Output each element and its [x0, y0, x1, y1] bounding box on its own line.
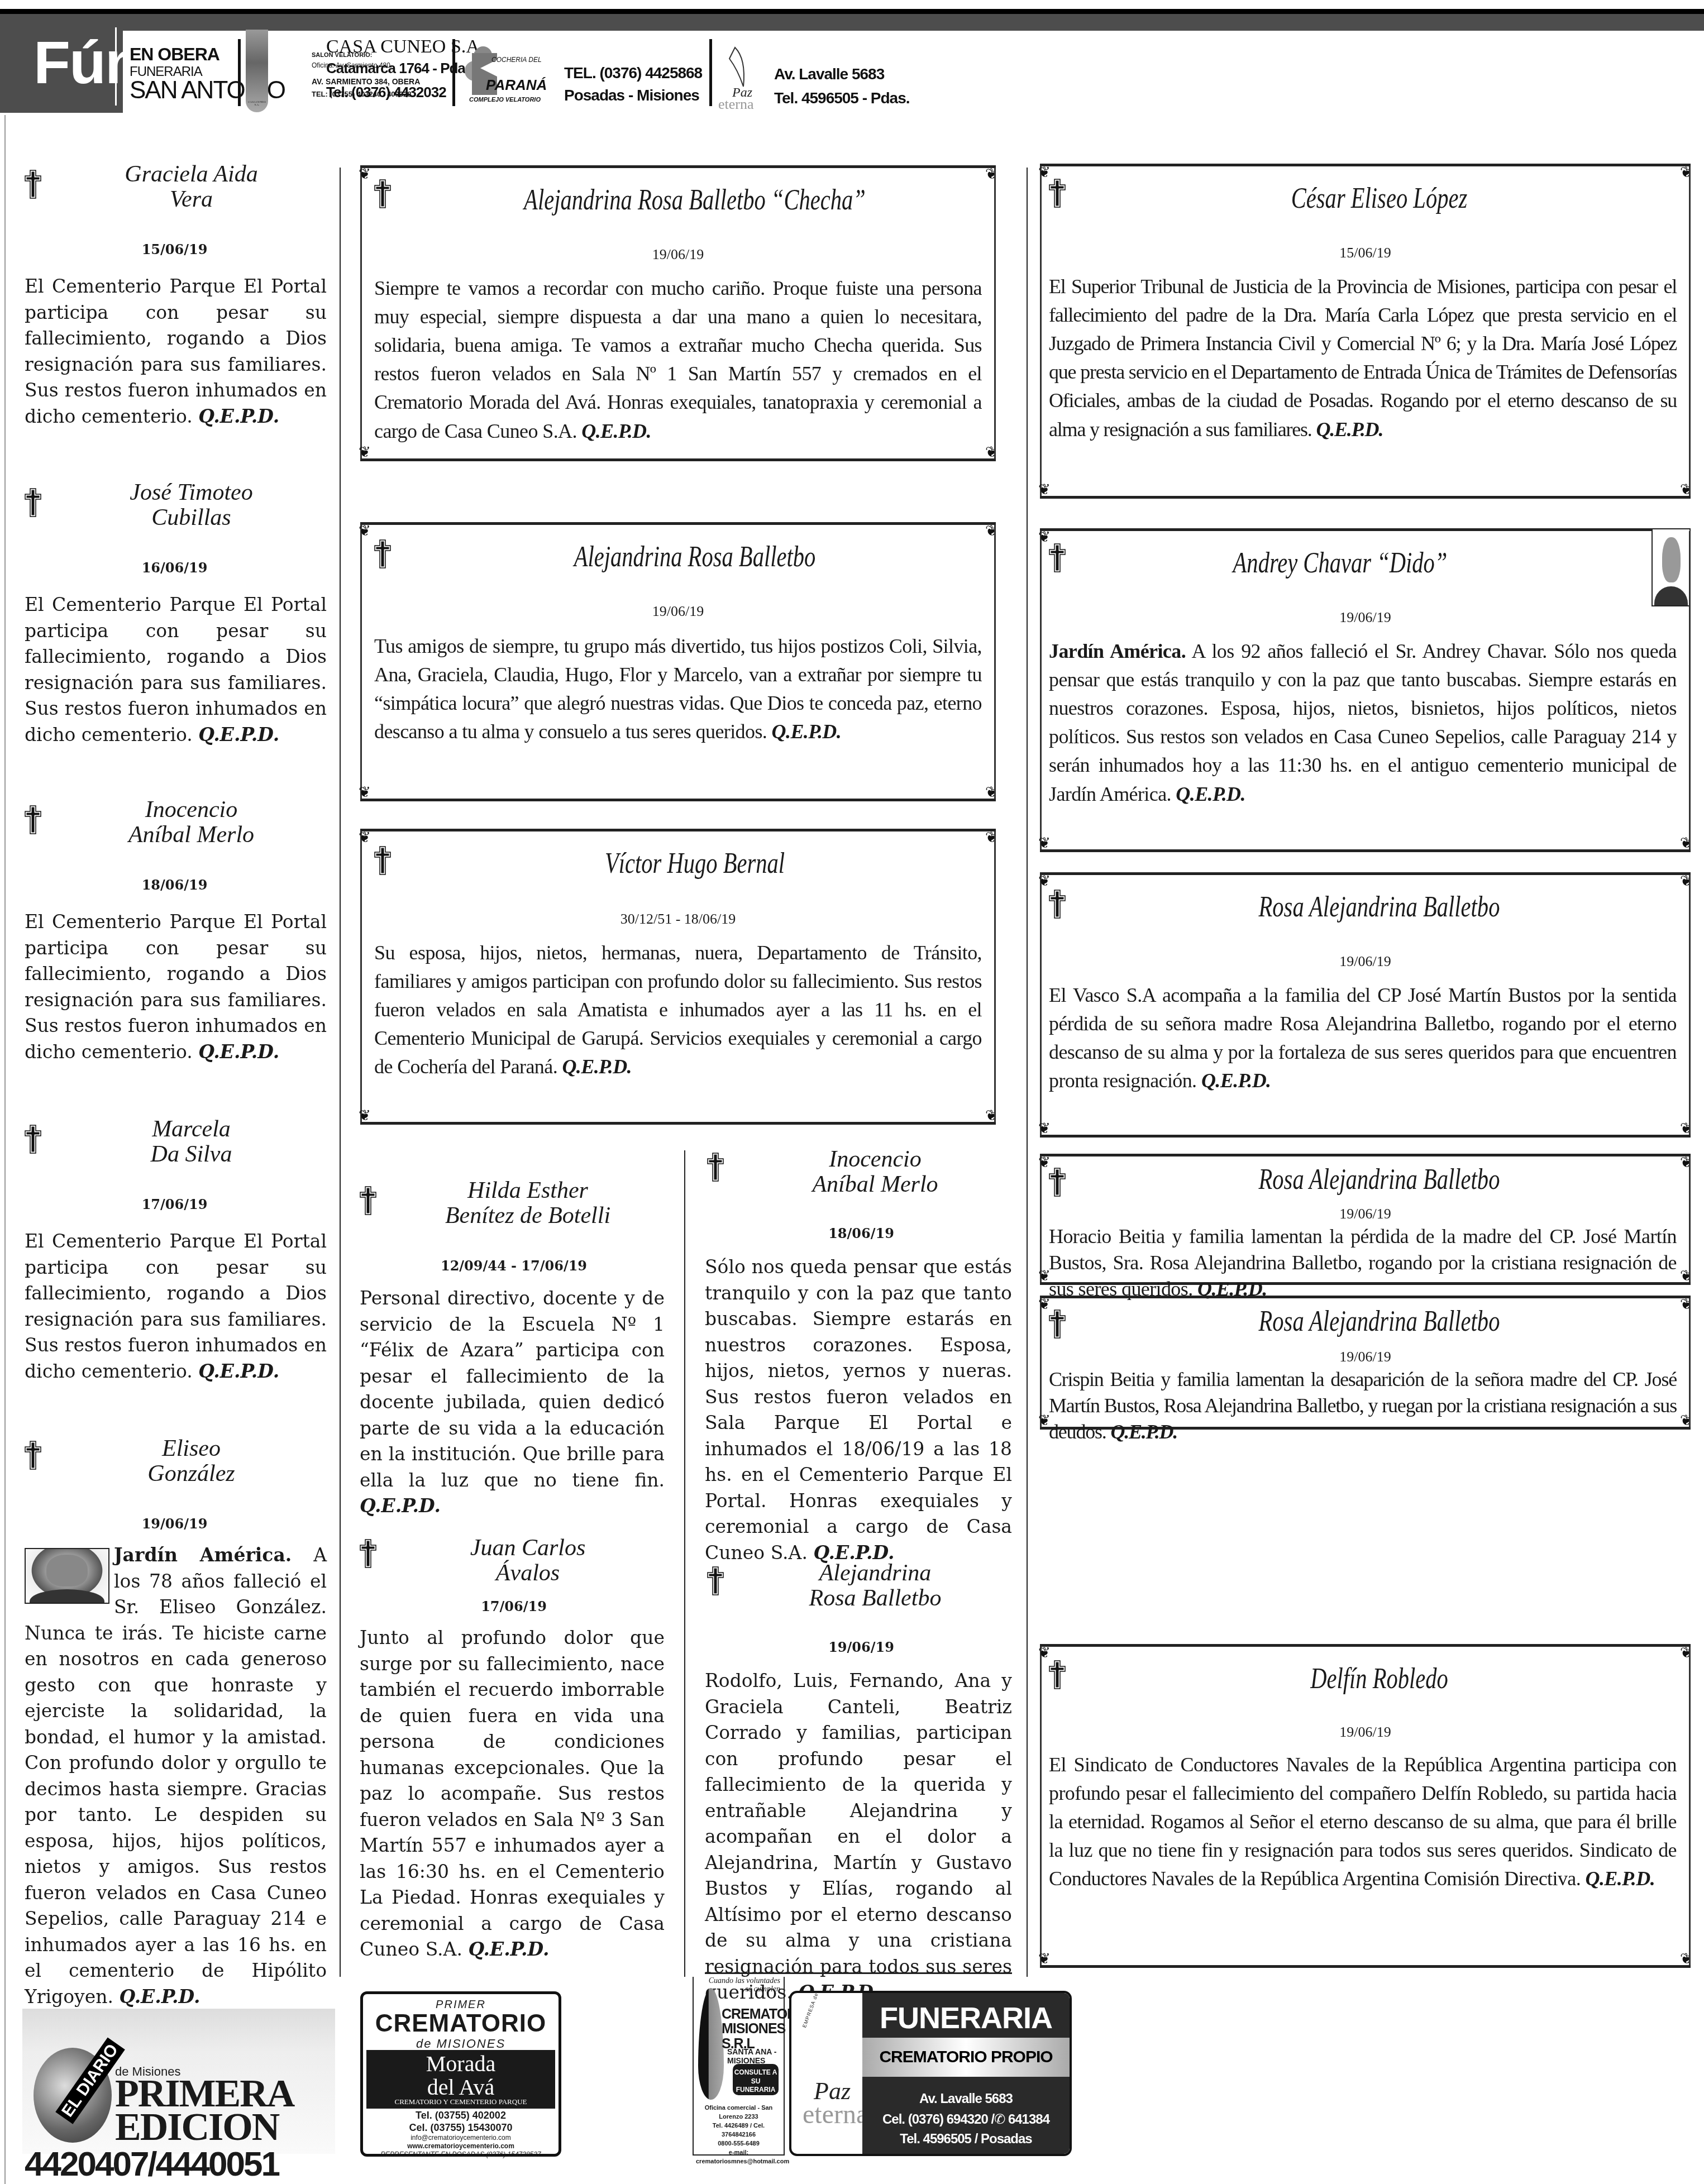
ad-text: CREMATORIO	[363, 2010, 559, 2038]
ad-text: PARANÁ	[486, 77, 547, 94]
ad-name: Moradadel Avá	[366, 2052, 555, 2099]
obituary-inocencio-anibal-merlo: InocencioAníbal Merlo 18/06/19 El Cement…	[22, 797, 327, 1110]
deceased-name: Hilda EstherBenítez de Botelli	[385, 1178, 670, 1229]
ad-name-band: Moradadel Avá CREMATORIO Y CEMENTERIO PA…	[366, 2050, 555, 2109]
column-rule	[1027, 168, 1028, 1977]
ad-email[interactable]: e-mail: crematoriosmnes@hotmail.com	[696, 2149, 789, 2165]
ornament-icon: ❦	[1679, 1120, 1693, 1137]
cross-icon	[1049, 543, 1066, 572]
divider	[705, 1972, 1012, 1974]
ornament-icon: ❦	[358, 444, 371, 461]
ornament-icon: ❦	[985, 784, 998, 801]
deceased-name: MarcelaDa Silva	[56, 1117, 327, 1168]
ornament-icon: ❦	[1679, 164, 1693, 181]
ornament-icon: ❦	[358, 166, 371, 183]
ad-text: EMPRESA de SERVICIOS FUNEBRES	[801, 1991, 843, 2028]
cross-icon	[1049, 890, 1066, 919]
divider	[238, 39, 241, 106]
deceased-name: Delfín Robledo	[1137, 1664, 1622, 1695]
qepd-label: Q.E.P.D.	[562, 1055, 632, 1078]
ad-email[interactable]: info@crematorioycementerio.com	[411, 2134, 511, 2142]
obituary-body: El Cementerio Parque El Portal participa…	[25, 909, 327, 1065]
ad-paz-eterna[interactable]: Paz eterna Av. Lavalle 5683 Tel. 4596505…	[718, 31, 1009, 114]
qepd-label: Q.E.P.D.	[198, 1041, 279, 1063]
ad-paz-eterna-funeraria[interactable]: EMPRESA de SERVICIOS FUNEBRES Paz eterna…	[789, 1991, 1072, 2156]
ad-phone: Tel. 4596505 / Posadas	[862, 2132, 1070, 2147]
ad-primera-edicion[interactable]: EL DIARIO de Misiones PRIMERA EDICION 44…	[22, 2009, 335, 2154]
ornament-icon: ❦	[1679, 1296, 1693, 1313]
qepd-label: Q.E.P.D.	[1586, 1867, 1655, 1890]
ornament-icon: ❦	[1679, 835, 1693, 852]
ad-text: CASA CUNEO S.A.	[326, 36, 484, 58]
obituary-date: 18/06/19	[705, 1225, 1018, 1241]
obituary-body: Crispin Beitia y familia lamentan la des…	[1049, 1366, 1677, 1445]
ad-contact: info@crematorioycementerio.comwww.cremat…	[363, 2134, 559, 2150]
deceased-name: Juan CarlosÁvalos	[385, 1536, 670, 1586]
qepd-label: Q.E.P.D.	[198, 724, 279, 745]
obituary-date: 19/06/19	[1040, 1206, 1691, 1222]
obituary-date: 19/06/19	[1040, 1724, 1691, 1741]
deceased-name: Víctor Hugo Bernal	[460, 848, 930, 880]
obituary-body: Su esposa, hijos, nietos, hermanas, nuer…	[374, 939, 982, 1082]
obituary-body: Jardín América. A los 78 años falleció e…	[25, 1542, 327, 2010]
obituary-date: 17/06/19	[357, 1598, 670, 1614]
obituary-alejandrina-checha: ❦ ❦ ❦ ❦ Alejandrina Rosa Balletbo “Chech…	[360, 165, 996, 461]
obituary-hilda-esther-benitez: Hilda EstherBenítez de Botelli 12/09/44 …	[357, 1178, 670, 1513]
header-divider	[115, 27, 117, 106]
obituary-date: 15/06/19	[1040, 245, 1691, 261]
obituary-date: 15/06/19	[22, 241, 327, 257]
ornament-icon: ❦	[1679, 1268, 1693, 1284]
cross-icon	[25, 170, 41, 199]
deceased-name: Rosa Alejandrina Balletbo	[1137, 1164, 1622, 1196]
deceased-name: José TimoteoCubillas	[56, 480, 327, 531]
ad-text: REPRESENTANTE EN POSADAS (0376) 15473853…	[363, 2150, 559, 2158]
ad-morada-del-ava[interactable]: PRIMER CREMATORIO de MISIONES Moradadel …	[360, 1991, 561, 2157]
obituary-body: Siempre te vamos a recordar con mucho ca…	[374, 274, 982, 446]
cross-icon	[1049, 1310, 1066, 1339]
ornament-icon: ❦	[1679, 873, 1693, 890]
obituary-body: El Superior Tribunal de Justicia de la P…	[1049, 273, 1677, 444]
page-left-rule	[4, 115, 6, 2184]
cross-icon	[25, 1125, 41, 1154]
ornament-icon: ❦	[358, 829, 371, 846]
obituary-body: Tus amigos de siempre, tu grupo más dive…	[374, 632, 982, 746]
ad-info-panel: FUNERARIA CREMATORIO PROPIO Av. Lavalle …	[862, 1993, 1070, 2154]
obituary-alejandrina-canteli: AlejandrinaRosa Balletbo 19/06/19 Rodolf…	[705, 1561, 1018, 1974]
ornament-icon: ❦	[1679, 1645, 1693, 1661]
obituary-date: 19/06/19	[1040, 1349, 1691, 1365]
svg-text:eterna: eterna	[718, 96, 754, 112]
cross-icon	[1049, 1168, 1066, 1197]
deceased-name: InocencioAníbal Merlo	[733, 1147, 1018, 1198]
obituary-date: 18/06/19	[22, 877, 327, 893]
cross-icon	[707, 1153, 724, 1182]
cross-icon	[1049, 179, 1066, 208]
qepd-label: Q.E.P.D.	[198, 1360, 279, 1382]
qepd-label: Q.E.P.D.	[198, 405, 279, 427]
ad-text: SANTA ANA - MISIONES	[727, 2047, 784, 2065]
qepd-label: Q.E.P.D.	[1176, 783, 1245, 805]
obituary-body: El Cementerio Parque El Portal participa…	[25, 592, 327, 748]
cross-icon	[25, 488, 41, 517]
obituary-body: Junto al profundo dolor que surge por su…	[360, 1625, 665, 1963]
photo-spacer	[25, 1542, 114, 1609]
divider	[709, 39, 712, 106]
location-lead: Jardín América.	[1049, 640, 1186, 662]
obituary-date: 19/06/19	[1040, 953, 1691, 970]
deceased-name: Rosa Alejandrina Balletbo	[1137, 1306, 1622, 1337]
ornament-icon: ❦	[985, 444, 998, 461]
obituary-body: Personal directivo, docente y de servici…	[360, 1285, 665, 1519]
obituary-marcela-da-silva: MarcelaDa Silva 17/06/19 El Cementerio P…	[22, 1117, 327, 1430]
qepd-label: Q.E.P.D.	[1110, 1421, 1177, 1443]
qepd-label: Q.E.P.D.	[1201, 1069, 1271, 1092]
obituary-victor-hugo-bernal: ❦ ❦ ❦ ❦ Víctor Hugo Bernal 30/12/51 - 18…	[360, 829, 996, 1125]
obituary-rosa-alejandrina-vasco: ❦ ❦ ❦ ❦ Rosa Alejandrina Balletbo 19/06/…	[1040, 872, 1691, 1138]
obituary-body: El Vasco S.A acompaña a la familia del C…	[1049, 981, 1677, 1095]
obituary-rosa-alejandrina-horacio: ❦ ❦ ❦ ❦ Rosa Alejandrina Balletbo 19/06/…	[1040, 1154, 1691, 1285]
deceased-name: EliseoGonzález	[56, 1436, 327, 1487]
ornament-icon: ❦	[1038, 835, 1051, 852]
ornament-icon: ❦	[1679, 1412, 1693, 1429]
ad-text: Tel. 4596505 - Pdas.	[774, 89, 910, 107]
qepd-label: Q.E.P.D.	[772, 720, 842, 743]
cross-icon	[1049, 1660, 1066, 1689]
ad-text: COCHERIA DEL	[491, 56, 542, 64]
obituary-date: 12/09/44 - 17/06/19	[357, 1258, 670, 1274]
ad-phones: Tel. (03755) 402002Cel. (03755) 15430070	[363, 2110, 559, 2134]
obituary-date: 30/12/51 - 18/06/19	[360, 911, 996, 928]
obituary-date: 16/06/19	[22, 560, 327, 576]
column-rule	[340, 168, 341, 1977]
paz-eterna-logo: eterna	[803, 2099, 868, 2130]
obituary-inocencio-anibal-merlo-2: InocencioAníbal Merlo 18/06/19 Sólo nos …	[705, 1147, 1018, 1549]
ad-text: Av. Lavalle 5683	[774, 65, 884, 83]
ad-slogan: Cuando las voluntadesse cumplen	[709, 1977, 780, 1994]
obituary-andrey-chavar: ❦ ❦ ❦ Andrey Chavar “Dido” 19/06/19 Jard…	[1040, 528, 1691, 852]
ad-band: CREMATORIO PROPIO	[862, 2038, 1070, 2077]
ad-text: TEL. (0376) 4425868	[564, 64, 702, 82]
cross-icon	[360, 1539, 376, 1568]
obituary-body: El Cementerio Parque El Portal participa…	[25, 1229, 327, 1384]
ornament-icon: ❦	[1038, 481, 1051, 498]
deceased-photo	[1652, 528, 1691, 606]
obituary-date: 19/06/19	[1040, 609, 1691, 626]
ornament-icon: ❦	[358, 1107, 371, 1124]
cross-icon	[360, 1186, 376, 1215]
cross-icon	[374, 539, 391, 568]
ornament-icon: ❦	[1038, 1951, 1051, 1967]
ad-title: FUNERARIA	[862, 2001, 1070, 2035]
ornament-icon: ❦	[1679, 1154, 1693, 1171]
qepd-label: Q.E.P.D.	[120, 1986, 201, 2008]
deceased-name: Graciela AidaVera	[56, 162, 327, 213]
shield-caption: CASA CUNEO S.A.	[246, 101, 268, 107]
obituary-eliseo-gonzalez: EliseoGonzález 19/06/19 Jardín América. …	[22, 1436, 327, 1972]
ornament-icon: ❦	[358, 523, 371, 539]
obituary-date: 19/06/19	[360, 246, 996, 263]
section-header: Fúnebres EN OBERA FUNERARIA SAN ANTONIO …	[0, 9, 1704, 113]
qepd-label: Q.E.P.D.	[468, 1938, 549, 1960]
obituary-rosa-alejandrina-crispin: ❦ ❦ ❦ ❦ Rosa Alejandrina Balletbo 19/06/…	[1040, 1296, 1691, 1430]
obituary-body: Rodolfo, Luis, Fernando, Ana y Graciela …	[705, 1668, 1012, 2006]
obituary-body: Sólo nos queda pensar que estás tranquil…	[705, 1254, 1012, 1566]
obituary-juan-carlos-avalos: Juan CarlosÁvalos 17/06/19 Junto al prof…	[357, 1536, 670, 1971]
obituary-alejandrina-amigos: ❦ ❦ ❦ ❦ Alejandrina Rosa Balletbo 19/06/…	[360, 522, 996, 801]
ad-phone: Cel. (0376) 694320 /✆ 641384	[862, 2111, 1070, 2128]
obituary-body: Jardín América. A los 92 años falleció e…	[1049, 637, 1677, 809]
deceased-name: AlejandrinaRosa Balletbo	[733, 1561, 1018, 1612]
qepd-label: Q.E.P.D.	[1316, 418, 1383, 441]
ad-text: Posadas - Misiones	[564, 87, 699, 104]
cross-icon	[707, 1566, 724, 1595]
ad-text: EN OBERA	[130, 44, 219, 65]
ad-text: Av. Lavalle 5683	[862, 2091, 1070, 2107]
divider	[452, 39, 455, 106]
cross-icon	[25, 805, 41, 834]
obituary-date: 19/06/19	[705, 1639, 1018, 1655]
ad-text: de MISIONES	[363, 2037, 559, 2051]
ad-crematorios-misiones[interactable]: Cuando las voluntadesse cumplen CREMATOR…	[693, 1977, 785, 2156]
deceased-name: Alejandrina Rosa Balletbo	[460, 542, 930, 573]
obituary-jose-timoteo-cubillas: José TimoteoCubillas 16/06/19 El Cemente…	[22, 480, 327, 793]
cross-icon	[374, 179, 391, 208]
obituary-date: 17/06/19	[22, 1196, 327, 1212]
header-ad-band: EN OBERA FUNERARIA SAN ANTONIO SALON VEL…	[123, 31, 1704, 114]
ornament-icon: ❦	[1679, 1951, 1693, 1967]
paz-eterna-dove-icon: Paz eterna	[718, 36, 757, 112]
ad-text: EDICION	[115, 2108, 279, 2147]
obituary-cesar-eliseo-lopez: ❦ ❦ ❦ ❦ César Eliseo López 15/06/19 El S…	[1040, 164, 1691, 499]
ornament-icon: ❦	[985, 166, 998, 183]
obituary-body: El Cementerio Parque El Portal participa…	[25, 274, 327, 429]
ornament-icon: ❦	[1679, 481, 1693, 498]
obituary-body: El Sindicato de Conductores Navales de l…	[1049, 1751, 1677, 1894]
deceased-name: Alejandrina Rosa Balletbo “Checha”	[460, 185, 930, 216]
ornament-icon: ❦	[1038, 1120, 1051, 1137]
ornament-icon: ❦	[985, 1107, 998, 1124]
deceased-name: Andrey Chavar “Dido”	[1128, 548, 1553, 579]
deceased-name: InocencioAníbal Merlo	[56, 797, 327, 848]
obituary-date: 19/06/19	[360, 603, 996, 620]
qepd-label: Q.E.P.D.	[581, 420, 651, 442]
flame-icon	[698, 1988, 724, 2100]
ad-website-link[interactable]: www.crematorioycementerio.com	[407, 2142, 514, 2150]
ad-phone: 4420407/4440051	[25, 2147, 279, 2182]
deceased-name: César Eliseo López	[1137, 183, 1622, 214]
ornament-icon: ❦	[985, 829, 998, 846]
location-lead: Jardín América.	[114, 1544, 292, 1566]
column-rule	[684, 1150, 685, 1977]
cross-icon	[25, 1441, 41, 1470]
obituary-delfin-robledo: ❦ ❦ ❦ ❦ Delfín Robledo 19/06/19 El Sindi…	[1040, 1644, 1691, 1968]
ad-text: Tel. (0376) 4432032	[326, 84, 446, 101]
obituary-date: 19/06/19	[22, 1516, 327, 1532]
deceased-name: Rosa Alejandrina Balletbo	[1137, 892, 1622, 923]
ornament-icon: ❦	[985, 523, 998, 539]
consulte-button[interactable]: CONSULTE A SUFUNERARIA LOCAL	[733, 2064, 779, 2095]
ornament-icon: ❦	[1038, 873, 1051, 890]
cross-icon	[374, 846, 391, 875]
casa-cuneo-shield-icon: CASA CUNEO S.A.	[246, 30, 268, 112]
obituary-body: Horacio Beitia y familia lamentan la pér…	[1049, 1224, 1677, 1302]
obituary-graciela-aida-vera: Graciela AidaVera 15/06/19 El Cementerio…	[22, 162, 327, 475]
ornament-icon: ❦	[358, 784, 371, 801]
ad-text: COMPLEJO VELATORIO	[469, 97, 541, 103]
ad-contact: Oficina comercial - San Lorenzo 2233 Tel…	[696, 2104, 781, 2167]
qepd-label: Q.E.P.D.	[360, 1495, 441, 1517]
ornament-icon: ❦	[1038, 1645, 1051, 1661]
ad-text: CREMATORIO Y CEMENTERIO PARQUE	[366, 2097, 555, 2106]
